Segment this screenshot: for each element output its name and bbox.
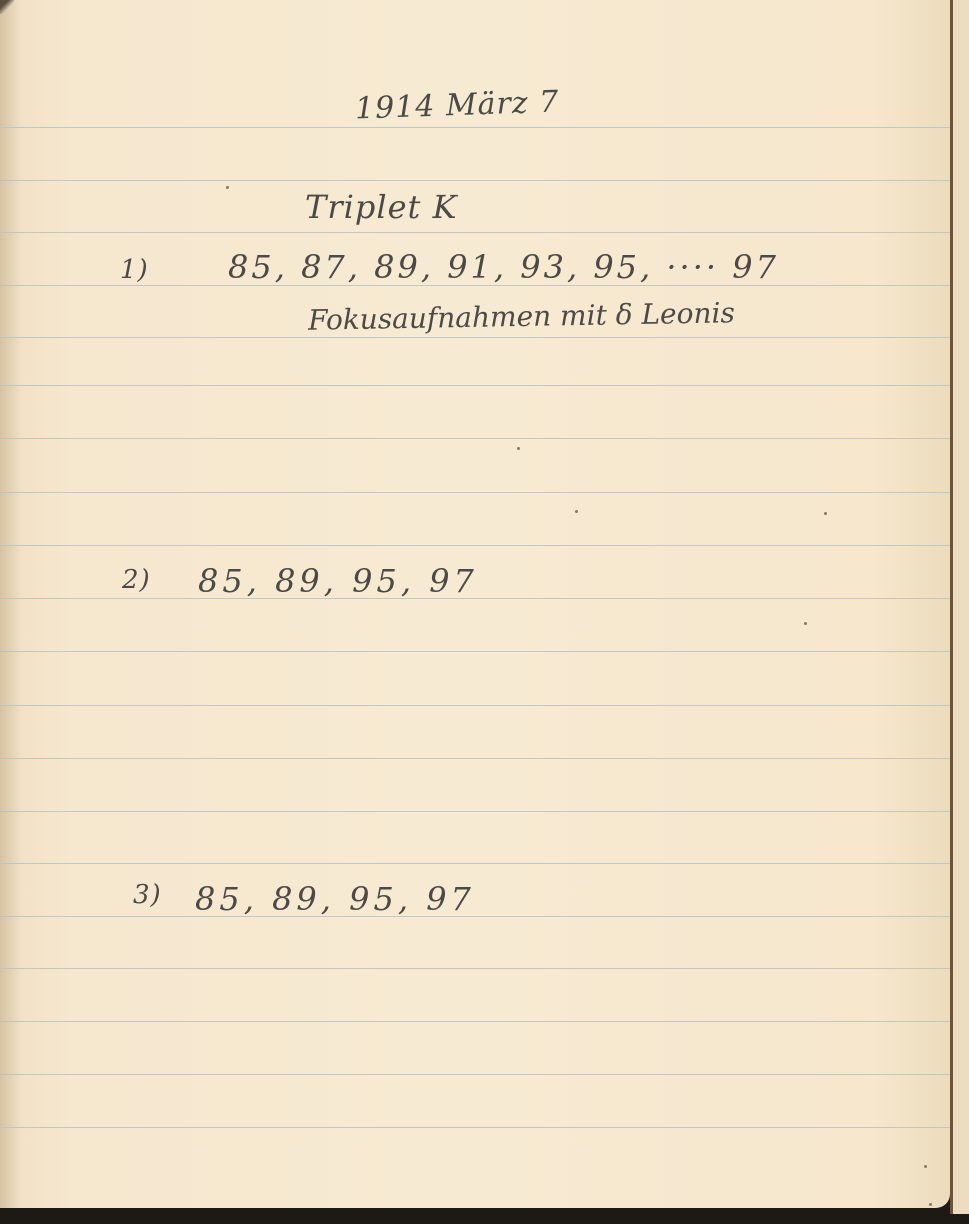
paper-speck	[226, 186, 229, 189]
ruled-line	[0, 385, 950, 386]
ruled-line	[0, 232, 950, 233]
ruled-line	[0, 127, 950, 128]
notebook-page: 1914 März 7 Triplet K 1) 85, 87, 89, 91,…	[0, 0, 950, 1208]
entry-values: 85, 89, 95, 97	[198, 562, 478, 600]
ruled-line	[0, 1021, 950, 1022]
ruled-line	[0, 705, 950, 706]
ruled-line	[0, 1074, 950, 1075]
ruled-line	[0, 180, 950, 181]
paper-speck	[824, 512, 827, 515]
underlying-page-edge	[950, 0, 969, 1214]
ruled-line	[0, 651, 950, 652]
page-heading: Triplet K	[305, 188, 457, 226]
ruled-line	[0, 863, 950, 864]
paper-speck	[804, 622, 807, 625]
ruled-line	[0, 492, 950, 493]
entry-values: 85, 89, 95, 97	[195, 880, 475, 918]
entry-number: 3)	[133, 880, 162, 910]
ruled-line	[0, 1127, 950, 1128]
paper-speck	[575, 510, 578, 513]
ruled-line	[0, 438, 950, 439]
ruled-line	[0, 811, 950, 812]
entry-values: 85, 87, 89, 91, 93, 95, ···· 97	[228, 248, 779, 286]
ruled-line	[0, 916, 950, 917]
entry-number: 1)	[120, 255, 149, 285]
page-date: 1914 März 7	[354, 84, 559, 126]
paper-speck	[517, 447, 520, 450]
paper-speck	[929, 1203, 932, 1206]
ruled-line	[0, 968, 950, 969]
paper-speck	[924, 1165, 927, 1168]
ruled-line	[0, 758, 950, 759]
ruled-line	[0, 545, 950, 546]
entry-number: 2)	[122, 565, 151, 595]
ruled-line	[0, 337, 950, 338]
entry-note: Fokusaufnahmen mit δ Leonis	[308, 296, 735, 336]
